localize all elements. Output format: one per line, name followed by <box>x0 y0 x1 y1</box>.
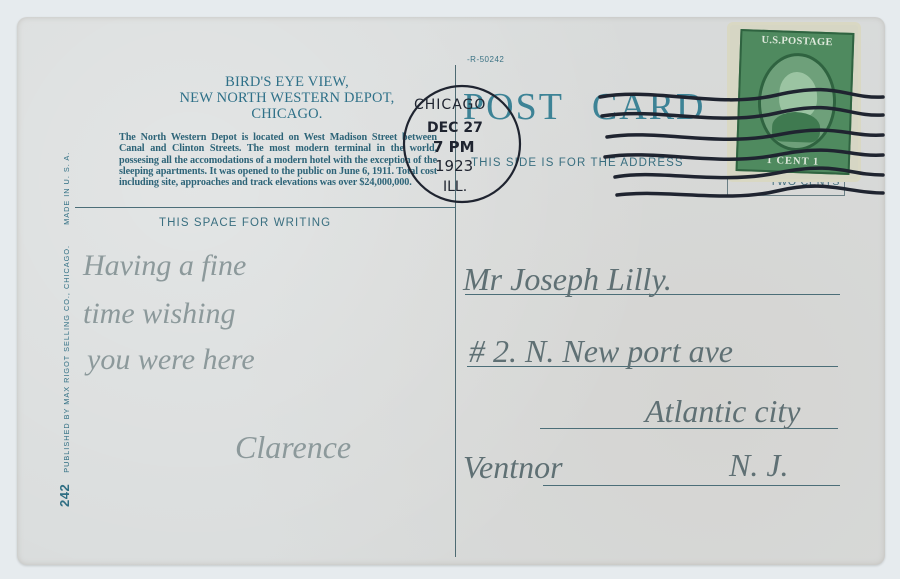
wavy-cancel-lines-icon <box>600 90 883 196</box>
postcard-back: BIRD'S EYE VIEW, NEW NORTH WESTERN DEPOT… <box>17 17 885 565</box>
postmark-date: DEC 27 <box>427 120 483 136</box>
postmark-year: 1923 <box>435 157 473 175</box>
postmark-city: CHICAGO <box>414 97 486 113</box>
postmark-time: 7 PM <box>433 138 475 156</box>
postmark-state: ILL. <box>443 179 467 195</box>
